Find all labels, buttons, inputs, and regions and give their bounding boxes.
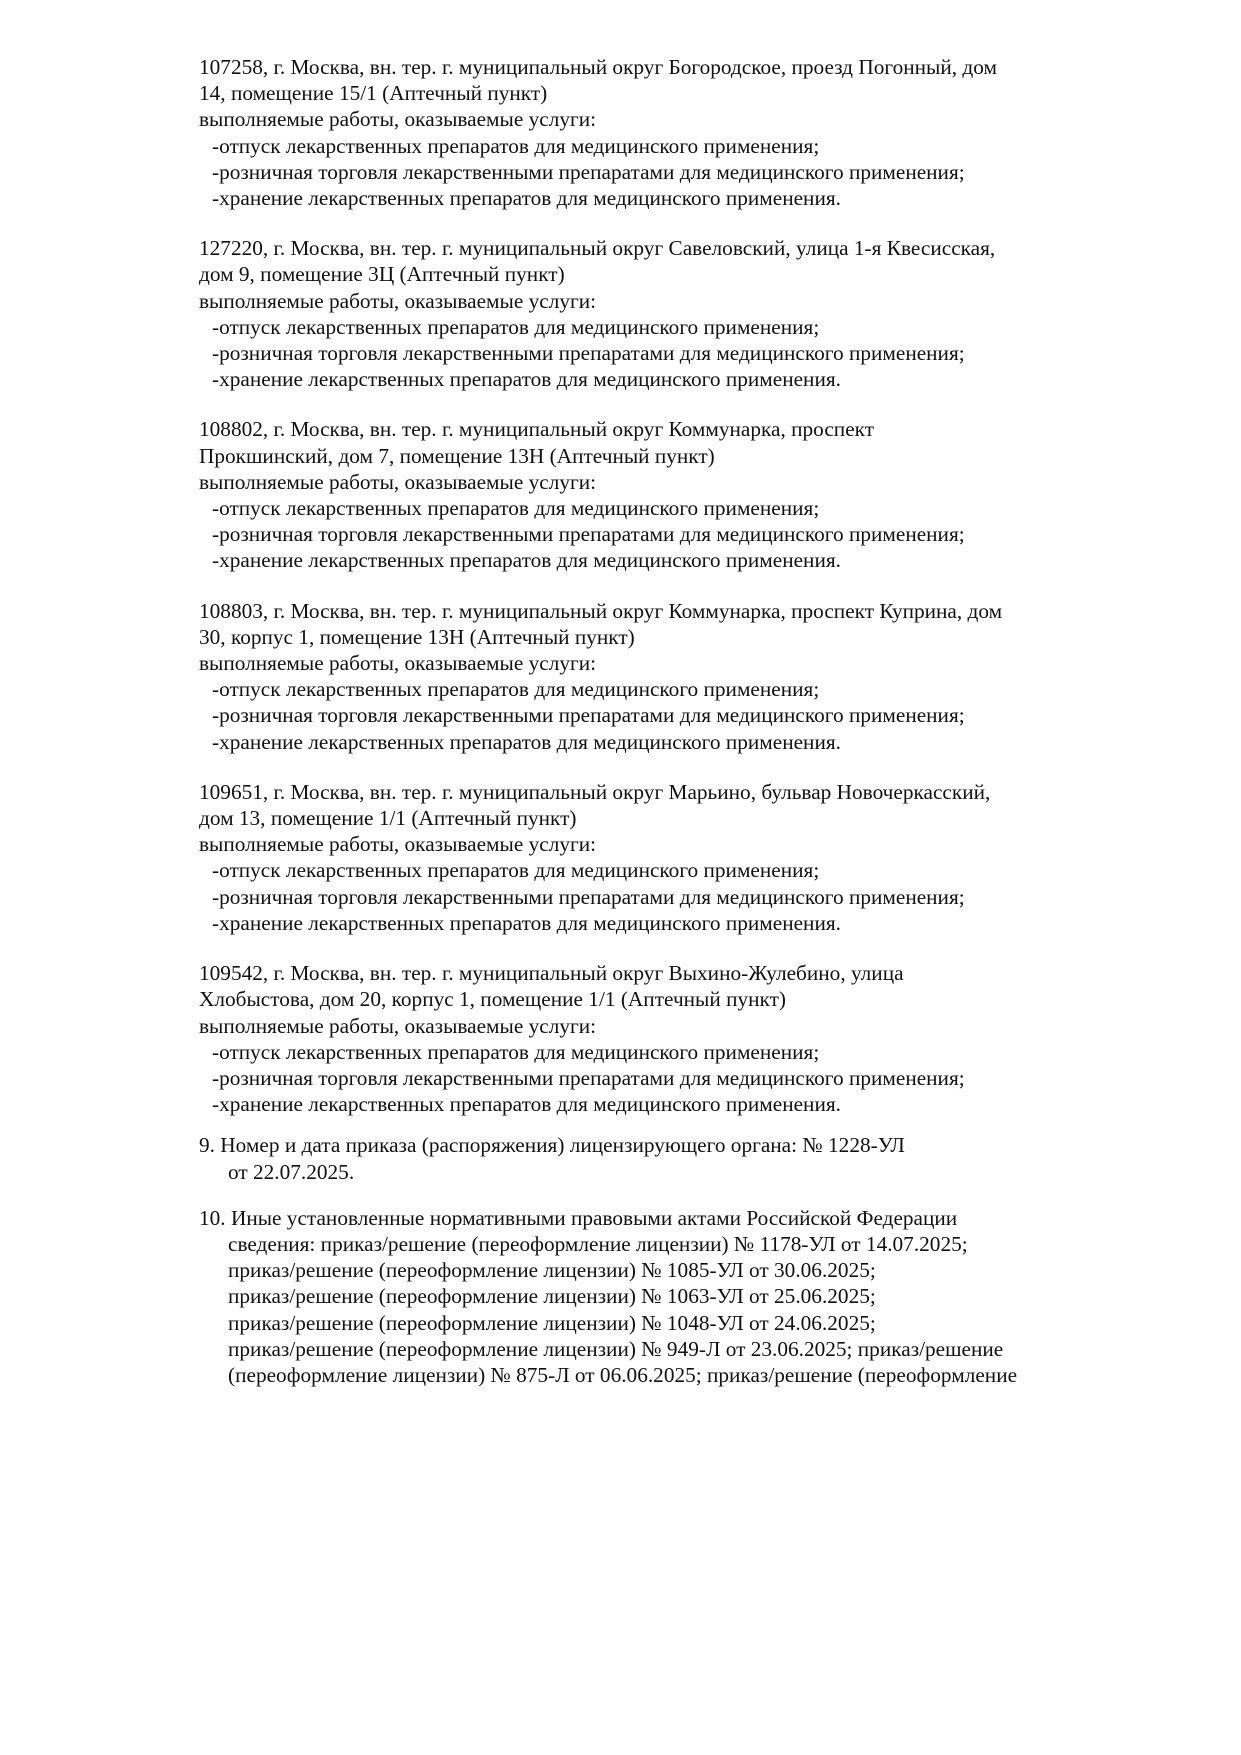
section-10-heading: 10. Иные установленные нормативными прав… — [199, 1205, 1079, 1231]
address-line: 108803, г. Москва, вн. тер. г. муниципал… — [199, 598, 1079, 624]
address-line: 108802, г. Москва, вн. тер. г. муниципал… — [199, 416, 1079, 442]
service-item: -розничная торговля лекарственными препа… — [199, 521, 1079, 547]
address-block: 108803, г. Москва, вн. тер. г. муниципал… — [199, 598, 1079, 755]
services-label: выполняемые работы, оказываемые услуги: — [199, 650, 1079, 676]
address-line: 30, корпус 1, помещение 13Н (Аптечный пу… — [199, 624, 1079, 650]
service-item: -хранение лекарственных препаратов для м… — [199, 910, 1079, 936]
services-label: выполняемые работы, оказываемые услуги: — [199, 106, 1079, 132]
address-line: 109651, г. Москва, вн. тер. г. муниципал… — [199, 779, 1079, 805]
services-label: выполняемые работы, оказываемые услуги: — [199, 1013, 1079, 1039]
service-item: -хранение лекарственных препаратов для м… — [199, 729, 1079, 755]
section-10-other-info: 10. Иные установленные нормативными прав… — [199, 1205, 1079, 1388]
address-block: 127220, г. Москва, вн. тер. г. муниципал… — [199, 235, 1079, 392]
service-item: -розничная торговля лекарственными препа… — [199, 702, 1079, 728]
services-label: выполняемые работы, оказываемые услуги: — [199, 831, 1079, 857]
service-item: -хранение лекарственных препаратов для м… — [199, 185, 1079, 211]
service-item: -отпуск лекарственных препаратов для мед… — [199, 676, 1079, 702]
section-10-line: (переоформление лицензии) № 875-Л от 06.… — [199, 1362, 1079, 1388]
service-item: -розничная торговля лекарственными препа… — [199, 159, 1079, 185]
section-10-line: приказ/решение (переоформление лицензии)… — [199, 1310, 1079, 1336]
address-block: 108802, г. Москва, вн. тер. г. муниципал… — [199, 416, 1079, 573]
services-label: выполняемые работы, оказываемые услуги: — [199, 288, 1079, 314]
service-item: -розничная торговля лекарственными препа… — [199, 884, 1079, 910]
service-item: -хранение лекарственных препаратов для м… — [199, 547, 1079, 573]
service-item: -отпуск лекарственных препаратов для мед… — [199, 314, 1079, 340]
section-10-line: приказ/решение (переоформление лицензии)… — [199, 1257, 1079, 1283]
document-page: 107258, г. Москва, вн. тер. г. муниципал… — [199, 54, 1079, 1408]
section-9-heading: 9. Номер и дата приказа (распоряжения) л… — [199, 1132, 1079, 1158]
section-9-date: от 22.07.2025. — [199, 1159, 1079, 1185]
service-item: -отпуск лекарственных препаратов для мед… — [199, 857, 1079, 883]
address-block: 107258, г. Москва, вн. тер. г. муниципал… — [199, 54, 1079, 211]
service-item: -отпуск лекарственных препаратов для мед… — [199, 495, 1079, 521]
address-line: 109542, г. Москва, вн. тер. г. муниципал… — [199, 960, 1079, 986]
section-10-line: приказ/решение (переоформление лицензии)… — [199, 1336, 1079, 1362]
services-label: выполняемые работы, оказываемые услуги: — [199, 469, 1079, 495]
address-line: Хлобыстова, дом 20, корпус 1, помещение … — [199, 986, 1079, 1012]
service-item: -отпуск лекарственных препаратов для мед… — [199, 133, 1079, 159]
address-line: 14, помещение 15/1 (Аптечный пункт) — [199, 80, 1079, 106]
address-line: дом 9, помещение 3Ц (Аптечный пункт) — [199, 261, 1079, 287]
service-item: -отпуск лекарственных препаратов для мед… — [199, 1039, 1079, 1065]
address-block: 109651, г. Москва, вн. тер. г. муниципал… — [199, 779, 1079, 936]
address-line: дом 13, помещение 1/1 (Аптечный пункт) — [199, 805, 1079, 831]
service-item: -розничная торговля лекарственными препа… — [199, 340, 1079, 366]
address-line: Прокшинский, дом 7, помещение 13Н (Аптеч… — [199, 443, 1079, 469]
section-10-line: сведения: приказ/решение (переоформление… — [199, 1231, 1079, 1257]
service-item: -хранение лекарственных препаратов для м… — [199, 1091, 1079, 1117]
section-10-line: приказ/решение (переоформление лицензии)… — [199, 1283, 1079, 1309]
address-block: 109542, г. Москва, вн. тер. г. муниципал… — [199, 960, 1079, 1117]
service-item: -розничная торговля лекарственными препа… — [199, 1065, 1079, 1091]
service-item: -хранение лекарственных препаратов для м… — [199, 366, 1079, 392]
address-line: 127220, г. Москва, вн. тер. г. муниципал… — [199, 235, 1079, 261]
address-line: 107258, г. Москва, вн. тер. г. муниципал… — [199, 54, 1079, 80]
section-9-order-number: 9. Номер и дата приказа (распоряжения) л… — [199, 1132, 1079, 1184]
